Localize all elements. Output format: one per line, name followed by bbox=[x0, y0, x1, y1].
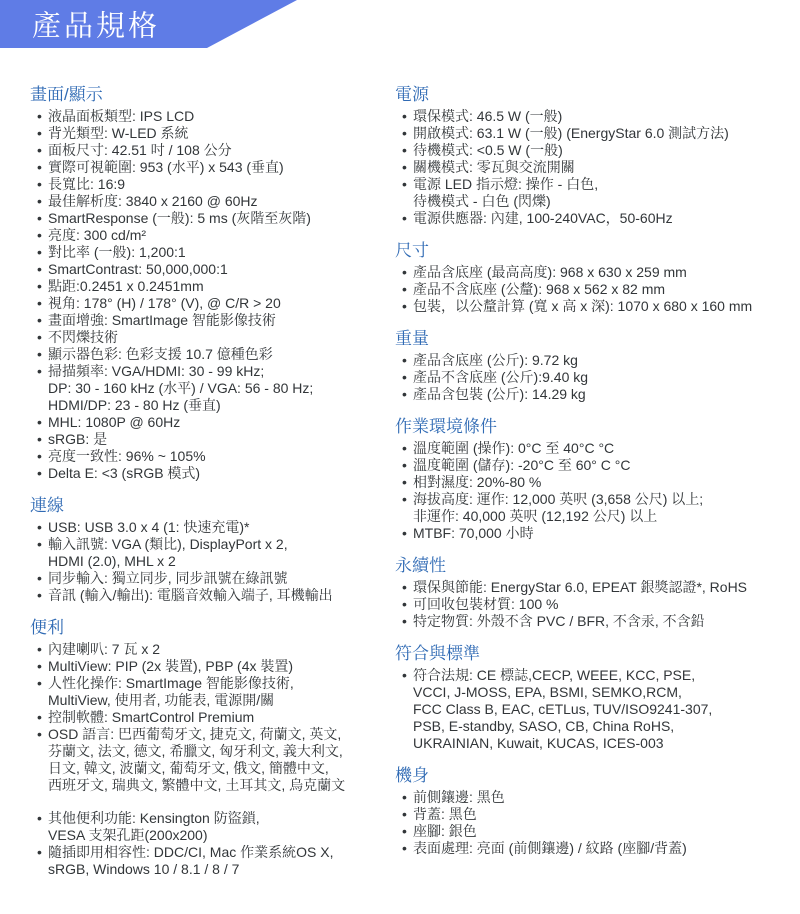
spec-item: •隨插即用相容性: DDC/CI, Mac 作業系統OS X, sRGB, Wi… bbox=[30, 844, 395, 878]
spec-item: •人性化操作: SmartImage 智能影像技術, MultiView, 使用… bbox=[30, 675, 395, 709]
spec-item-text: MHL: 1080P @ 60Hz bbox=[48, 414, 395, 431]
spec-item: •OSD 語言: 巴西葡萄牙文, 捷克文, 荷蘭文, 英文, 芬蘭文, 法文, … bbox=[30, 726, 395, 794]
section-title: 連線 bbox=[30, 496, 395, 516]
bullet-icon: • bbox=[402, 386, 413, 403]
spec-item-text: 相對濕度: 20%-80 % bbox=[413, 474, 795, 491]
spec-item: •USB: USB 3.0 x 4 (1: 快速充電)* bbox=[30, 519, 395, 536]
spec-item-text: MTBF: 70,000 小時 bbox=[413, 525, 795, 542]
spec-item: •sRGB: 是 bbox=[30, 431, 395, 448]
section-title: 便利 bbox=[30, 618, 395, 638]
spec-item-text: 可回收包裝材質: 100 % bbox=[413, 596, 795, 613]
spec-item: •溫度範圍 (儲存): -20°C 至 60° C °C bbox=[395, 457, 795, 474]
bullet-icon: • bbox=[402, 474, 413, 491]
spec-item-text: 掃描頻率: VGA/HDMI: 30 - 99 kHz; DP: 30 - 16… bbox=[48, 363, 395, 414]
spec-item-text: 控制軟體: SmartControl Premium bbox=[48, 709, 395, 726]
spec-item-text: 音訊 (輸入/輸出): 電腦音效輸入端子, 耳機輸出 bbox=[48, 587, 395, 604]
spec-item: •對比率 (一般): 1,200:1 bbox=[30, 244, 395, 261]
spec-item-text: 亮度: 300 cd/m² bbox=[48, 227, 395, 244]
bullet-icon: • bbox=[37, 159, 48, 176]
spec-item-text: 點距:0.2451 x 0.2451mm bbox=[48, 278, 395, 295]
spec-section: 作業環境條件•溫度範圍 (操作): 0°C 至 40°C °C•溫度範圍 (儲存… bbox=[395, 417, 795, 542]
spec-item: •產品不含底座 (公釐): 968 x 562 x 82 mm bbox=[395, 281, 795, 298]
spec-item-text: 產品含底座 (最高高度): 968 x 630 x 259 mm bbox=[413, 264, 795, 281]
spec-item-text: 不閃爍技術 bbox=[48, 329, 395, 346]
spec-item: •產品不含底座 (公斤):9.40 kg bbox=[395, 369, 795, 386]
spec-item: •特定物質: 外殼不含 PVC / BFR, 不含汞, 不含鉛 bbox=[395, 613, 795, 630]
spec-item: •SmartResponse (一般): 5 ms (灰階至灰階) bbox=[30, 210, 395, 227]
spec-item-text: 最佳解析度: 3840 x 2160 @ 60Hz bbox=[48, 193, 395, 210]
bullet-icon: • bbox=[402, 806, 413, 823]
bullet-icon: • bbox=[402, 440, 413, 457]
spec-item: •關機模式: 零瓦與交流開關 bbox=[395, 159, 795, 176]
spec-item-text: 隨插即用相容性: DDC/CI, Mac 作業系統OS X, sRGB, Win… bbox=[48, 844, 395, 878]
spec-section: 永續性•環保與節能: EnergyStar 6.0, EPEAT 銀獎認證*, … bbox=[395, 556, 795, 630]
spec-section: 畫面/顯示•液晶面板類型: IPS LCD•背光類型: W-LED 系統•面板尺… bbox=[30, 85, 395, 482]
spec-item-text: 產品不含底座 (公釐): 968 x 562 x 82 mm bbox=[413, 281, 795, 298]
bullet-icon: • bbox=[37, 125, 48, 142]
spec-item-text: Delta E: <3 (sRGB 模式) bbox=[48, 465, 395, 482]
bullet-icon: • bbox=[37, 329, 48, 346]
spec-section: 電源•環保模式: 46.5 W (一般)•開啟模式: 63.1 W (一般) (… bbox=[395, 85, 795, 227]
spec-item: •可回收包裝材質: 100 % bbox=[395, 596, 795, 613]
spec-item-text: 對比率 (一般): 1,200:1 bbox=[48, 244, 395, 261]
spec-item-text: 亮度一致性: 96% ~ 105% bbox=[48, 448, 395, 465]
spec-item-text: 電源 LED 指示燈: 操作 - 白色, 待機模式 - 白色 (閃爍) bbox=[413, 176, 795, 210]
spec-item-text: 畫面增強: SmartImage 智能影像技術 bbox=[48, 312, 395, 329]
bullet-icon: • bbox=[37, 312, 48, 329]
bullet-icon: • bbox=[402, 457, 413, 474]
bullet-icon: • bbox=[37, 244, 48, 261]
spec-item: •環保與節能: EnergyStar 6.0, EPEAT 銀獎認證*, RoH… bbox=[395, 579, 795, 596]
page-title: 產品規格 bbox=[32, 4, 160, 45]
spec-section: 機身•前側鑲邊: 黑色•背蓋: 黑色•座腳: 銀色•表面處理: 亮面 (前側鑲邊… bbox=[395, 766, 795, 857]
spec-item: •MTBF: 70,000 小時 bbox=[395, 525, 795, 542]
spec-item: •產品含底座 (公斤): 9.72 kg bbox=[395, 352, 795, 369]
bullet-icon: • bbox=[402, 176, 413, 210]
spec-item-text: 環保與節能: EnergyStar 6.0, EPEAT 銀獎認證*, RoHS bbox=[413, 579, 795, 596]
spec-item: •實際可視範圍: 953 (水平) x 543 (垂直) bbox=[30, 159, 395, 176]
product-spec-page: 產品規格 畫面/顯示•液晶面板類型: IPS LCD•背光類型: W-LED 系… bbox=[0, 0, 800, 892]
spec-item: •長寬比: 16:9 bbox=[30, 176, 395, 193]
spec-item-text: 背光類型: W-LED 系統 bbox=[48, 125, 395, 142]
spec-item-text: 輸入訊號: VGA (類比), DisplayPort x 2, HDMI (2… bbox=[48, 536, 395, 570]
bullet-icon: • bbox=[402, 298, 413, 315]
bullet-icon: • bbox=[37, 465, 48, 482]
spec-item-text: 座腳: 銀色 bbox=[413, 823, 795, 840]
section-title: 符合與標準 bbox=[395, 644, 795, 664]
spec-section: 尺寸•產品含底座 (最高高度): 968 x 630 x 259 mm•產品不含… bbox=[395, 241, 795, 315]
bullet-icon: • bbox=[402, 840, 413, 857]
bullet-icon: • bbox=[402, 281, 413, 298]
spec-item: •點距:0.2451 x 0.2451mm bbox=[30, 278, 395, 295]
spec-item: •產品含包裝 (公斤): 14.29 kg bbox=[395, 386, 795, 403]
spec-item-text: 溫度範圍 (操作): 0°C 至 40°C °C bbox=[413, 440, 795, 457]
spec-item: •液晶面板類型: IPS LCD bbox=[30, 108, 395, 125]
bullet-icon: • bbox=[402, 210, 413, 227]
bullet-icon: • bbox=[37, 193, 48, 210]
bullet-icon: • bbox=[402, 142, 413, 159]
section-title: 尺寸 bbox=[395, 241, 795, 261]
bullet-icon: • bbox=[37, 278, 48, 295]
spec-item-text: 產品含底座 (公斤): 9.72 kg bbox=[413, 352, 795, 369]
spec-item: •音訊 (輸入/輸出): 電腦音效輸入端子, 耳機輸出 bbox=[30, 587, 395, 604]
spec-item-text: 內建喇叭: 7 瓦 x 2 bbox=[48, 641, 395, 658]
spec-item: •顯示器色彩: 色彩支援 10.7 億種色彩 bbox=[30, 346, 395, 363]
spec-item-text: SmartResponse (一般): 5 ms (灰階至灰階) bbox=[48, 210, 395, 227]
spec-item: •不閃爍技術 bbox=[30, 329, 395, 346]
spec-item: •同步輸入: 獨立同步, 同步訊號在綠訊號 bbox=[30, 570, 395, 587]
spec-item-text: SmartContrast: 50,000,000:1 bbox=[48, 261, 395, 278]
bullet-icon: • bbox=[37, 142, 48, 159]
spec-item-text: 表面處理: 亮面 (前側鑲邊) / 紋路 (座腳/背蓋) bbox=[413, 840, 795, 857]
spec-item: •前側鑲邊: 黑色 bbox=[395, 789, 795, 806]
spec-section: 連線•USB: USB 3.0 x 4 (1: 快速充電)*•輸入訊號: VGA… bbox=[30, 496, 395, 604]
section-title: 機身 bbox=[395, 766, 795, 786]
spec-item-text: 環保模式: 46.5 W (一般) bbox=[413, 108, 795, 125]
bullet-icon: • bbox=[37, 675, 48, 709]
bullet-icon: • bbox=[37, 108, 48, 125]
spec-item: •背蓋: 黑色 bbox=[395, 806, 795, 823]
spec-item: •溫度範圍 (操作): 0°C 至 40°C °C bbox=[395, 440, 795, 457]
bullet-icon: • bbox=[37, 587, 48, 604]
bullet-icon: • bbox=[37, 448, 48, 465]
spec-item: •最佳解析度: 3840 x 2160 @ 60Hz bbox=[30, 193, 395, 210]
spec-item-text: OSD 語言: 巴西葡萄牙文, 捷克文, 荷蘭文, 英文, 芬蘭文, 法文, 德… bbox=[48, 726, 395, 794]
bullet-icon: • bbox=[37, 844, 48, 878]
spec-item: •SmartContrast: 50,000,000:1 bbox=[30, 261, 395, 278]
spec-item-text: 實際可視範圍: 953 (水平) x 543 (垂直) bbox=[48, 159, 395, 176]
bullet-icon: • bbox=[402, 352, 413, 369]
spec-item-text: 同步輸入: 獨立同步, 同步訊號在綠訊號 bbox=[48, 570, 395, 587]
spec-item: •相對濕度: 20%-80 % bbox=[395, 474, 795, 491]
bullet-icon: • bbox=[37, 536, 48, 570]
spec-item-text: 前側鑲邊: 黑色 bbox=[413, 789, 795, 806]
spec-item: •內建喇叭: 7 瓦 x 2 bbox=[30, 641, 395, 658]
spec-item-text: MultiView: PIP (2x 裝置), PBP (4x 裝置) bbox=[48, 658, 395, 675]
spec-item-text: 長寬比: 16:9 bbox=[48, 176, 395, 193]
bullet-icon: • bbox=[402, 125, 413, 142]
section-title: 電源 bbox=[395, 85, 795, 105]
page-banner: 產品規格 bbox=[0, 0, 800, 48]
bullet-icon: • bbox=[402, 159, 413, 176]
spec-section: 重量•產品含底座 (公斤): 9.72 kg•產品不含底座 (公斤):9.40 … bbox=[395, 329, 795, 403]
spec-item-text: 溫度範圍 (儲存): -20°C 至 60° C °C bbox=[413, 457, 795, 474]
bullet-icon: • bbox=[37, 176, 48, 193]
spec-item: •MultiView: PIP (2x 裝置), PBP (4x 裝置) bbox=[30, 658, 395, 675]
spec-item-text: USB: USB 3.0 x 4 (1: 快速充電)* bbox=[48, 519, 395, 536]
spec-item-text: 背蓋: 黑色 bbox=[413, 806, 795, 823]
bullet-icon: • bbox=[37, 431, 48, 448]
spec-item-text: 待機模式: <0.5 W (一般) bbox=[413, 142, 795, 159]
spec-item-text: 視角: 178° (H) / 178° (V), @ C/R > 20 bbox=[48, 295, 395, 312]
spec-item-text: 產品含包裝 (公斤): 14.29 kg bbox=[413, 386, 795, 403]
spec-item-text: 液晶面板類型: IPS LCD bbox=[48, 108, 395, 125]
spec-item: •環保模式: 46.5 W (一般) bbox=[395, 108, 795, 125]
spec-item-text: 符合法規: CE 標誌,CECP, WEEE, KCC, PSE, VCCI, … bbox=[413, 667, 795, 752]
spec-item: •亮度: 300 cd/m² bbox=[30, 227, 395, 244]
bullet-icon: • bbox=[402, 667, 413, 752]
spec-item: •電源 LED 指示燈: 操作 - 白色, 待機模式 - 白色 (閃爍) bbox=[395, 176, 795, 210]
spec-item: •表面處理: 亮面 (前側鑲邊) / 紋路 (座腳/背蓋) bbox=[395, 840, 795, 857]
spec-item: •視角: 178° (H) / 178° (V), @ C/R > 20 bbox=[30, 295, 395, 312]
spec-item: •其他便利功能: Kensington 防盜鎖, VESA 支架孔距(200x2… bbox=[30, 810, 395, 844]
bullet-icon: • bbox=[37, 570, 48, 587]
spec-item: •輸入訊號: VGA (類比), DisplayPort x 2, HDMI (… bbox=[30, 536, 395, 570]
bullet-icon: • bbox=[402, 264, 413, 281]
spec-section: 符合與標準•符合法規: CE 標誌,CECP, WEEE, KCC, PSE, … bbox=[395, 644, 795, 752]
bullet-icon: • bbox=[402, 823, 413, 840]
bullet-icon: • bbox=[37, 658, 48, 675]
spec-item-text: 關機模式: 零瓦與交流開關 bbox=[413, 159, 795, 176]
spec-item: •產品含底座 (最高高度): 968 x 630 x 259 mm bbox=[395, 264, 795, 281]
bullet-icon: • bbox=[37, 346, 48, 363]
spec-item-text: 開啟模式: 63.1 W (一般) (EnergyStar 6.0 測試方法) bbox=[413, 125, 795, 142]
bullet-icon: • bbox=[37, 210, 48, 227]
spec-item: •待機模式: <0.5 W (一般) bbox=[395, 142, 795, 159]
spec-item: •亮度一致性: 96% ~ 105% bbox=[30, 448, 395, 465]
spec-item: •MHL: 1080P @ 60Hz bbox=[30, 414, 395, 431]
spec-item: •畫面增強: SmartImage 智能影像技術 bbox=[30, 312, 395, 329]
spec-item-text: 其他便利功能: Kensington 防盜鎖, VESA 支架孔距(200x20… bbox=[48, 810, 395, 844]
section-title: 作業環境條件 bbox=[395, 417, 795, 437]
spec-item: •開啟模式: 63.1 W (一般) (EnergyStar 6.0 測試方法) bbox=[395, 125, 795, 142]
section-title: 永續性 bbox=[395, 556, 795, 576]
bullet-icon: • bbox=[402, 789, 413, 806]
section-title: 重量 bbox=[395, 329, 795, 349]
spec-section: 便利•內建喇叭: 7 瓦 x 2•MultiView: PIP (2x 裝置),… bbox=[30, 618, 395, 878]
bullet-icon: • bbox=[37, 414, 48, 431]
spec-item: •掃描頻率: VGA/HDMI: 30 - 99 kHz; DP: 30 - 1… bbox=[30, 363, 395, 414]
bullet-icon: • bbox=[402, 491, 413, 525]
spec-item-text: 海拔高度: 運作: 12,000 英呎 (3,658 公尺) 以上; 非運作: … bbox=[413, 491, 795, 525]
bullet-icon: • bbox=[402, 613, 413, 630]
bullet-icon: • bbox=[402, 108, 413, 125]
spec-item: •符合法規: CE 標誌,CECP, WEEE, KCC, PSE, VCCI,… bbox=[395, 667, 795, 752]
bullet-icon: • bbox=[37, 810, 48, 844]
spec-item: •Delta E: <3 (sRGB 模式) bbox=[30, 465, 395, 482]
bullet-icon: • bbox=[37, 295, 48, 312]
bullet-icon: • bbox=[37, 363, 48, 414]
spec-item-text: 特定物質: 外殼不含 PVC / BFR, 不含汞, 不含鉛 bbox=[413, 613, 795, 630]
spec-item: •包裝，以公釐計算 (寬 x 高 x 深): 1070 x 680 x 160 … bbox=[395, 298, 795, 315]
bullet-icon: • bbox=[402, 525, 413, 542]
spec-item-text: 包裝，以公釐計算 (寬 x 高 x 深): 1070 x 680 x 160 m… bbox=[413, 298, 795, 315]
spec-item: •電源供應器: 內建, 100-240VAC，50-60Hz bbox=[395, 210, 795, 227]
spec-item: •座腳: 銀色 bbox=[395, 823, 795, 840]
bullet-icon: • bbox=[37, 227, 48, 244]
bullet-icon: • bbox=[37, 519, 48, 536]
spec-item: •面板尺寸: 42.51 吋 / 108 公分 bbox=[30, 142, 395, 159]
spec-column-left: 畫面/顯示•液晶面板類型: IPS LCD•背光類型: W-LED 系統•面板尺… bbox=[30, 85, 395, 892]
spec-item: •控制軟體: SmartControl Premium bbox=[30, 709, 395, 726]
spec-item-text: 顯示器色彩: 色彩支援 10.7 億種色彩 bbox=[48, 346, 395, 363]
bullet-icon: • bbox=[402, 579, 413, 596]
spec-item: •背光類型: W-LED 系統 bbox=[30, 125, 395, 142]
spec-item-text: sRGB: 是 bbox=[48, 431, 395, 448]
spec-item-text: 產品不含底座 (公斤):9.40 kg bbox=[413, 369, 795, 386]
section-title: 畫面/顯示 bbox=[30, 85, 395, 105]
bullet-icon: • bbox=[402, 369, 413, 386]
bullet-icon: • bbox=[37, 641, 48, 658]
bullet-icon: • bbox=[37, 726, 48, 794]
spec-content: 畫面/顯示•液晶面板類型: IPS LCD•背光類型: W-LED 系統•面板尺… bbox=[0, 48, 800, 892]
bullet-icon: • bbox=[402, 596, 413, 613]
bullet-icon: • bbox=[37, 709, 48, 726]
bullet-icon: • bbox=[37, 261, 48, 278]
spec-item: •海拔高度: 運作: 12,000 英呎 (3,658 公尺) 以上; 非運作:… bbox=[395, 491, 795, 525]
spec-column-right: 電源•環保模式: 46.5 W (一般)•開啟模式: 63.1 W (一般) (… bbox=[395, 85, 795, 871]
spec-item-text: 人性化操作: SmartImage 智能影像技術, MultiView, 使用者… bbox=[48, 675, 395, 709]
spec-item-text: 電源供應器: 內建, 100-240VAC，50-60Hz bbox=[413, 210, 795, 227]
spec-item-text: 面板尺寸: 42.51 吋 / 108 公分 bbox=[48, 142, 395, 159]
